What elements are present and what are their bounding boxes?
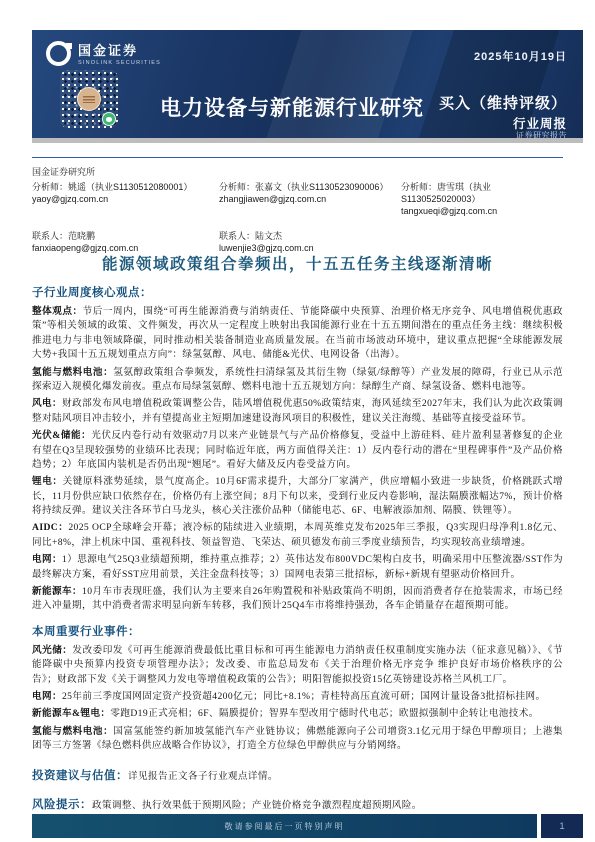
footer-disclaimer: 敬请参阅最后一页特别声明: [225, 821, 345, 832]
view-paragraph-text: 2025 OCP全球峰会开幕；液冷标的陆续进入业绩期，本周英维克发布2025年三…: [32, 522, 563, 547]
view-paragraph-label: 风电：: [32, 398, 62, 409]
qr-center-badge-icon: [77, 87, 101, 111]
rating-badge: 买入（维持评级）: [439, 92, 567, 113]
weekly-views-list: 整体观点：节后一周内，围绕“可再生能源消费与消纳责任、节能降碳中央预算、治理价格…: [32, 305, 563, 614]
brand-block: 国金证券 SINOLINK SECURITIES: [46, 40, 161, 66]
view-paragraph-text: 节后一周内，围绕“可再生能源消费与消纳责任、节能降碳中央预算、治理价格无序竞争、…: [32, 306, 563, 360]
brand-name-en: SINOLINK SECURITIES: [78, 60, 161, 66]
analyst-card: 联系人：范晓鹏 fanxiaopeng@gjzq.com.cn: [32, 230, 219, 254]
view-paragraph-label: 光伏&储能：: [32, 430, 91, 441]
event-paragraph-text: 发改委印发《可再生能源消费最低比重目标和可再生能源电力消纳责任权重制度实施办法（…: [32, 645, 563, 685]
risk-row: 风险提示：政策调整、执行效果低于预期风险；产业链价格竞争激烈程度超预期风险。: [32, 796, 563, 812]
view-paragraph: 氢能与燃料电池：氢氨醇政策组合拳频发，系统性扫清绿氢及其衍生物（绿氨/绿醇等）产…: [32, 366, 563, 395]
report-page: 国金证券 SINOLINK SECURITIES 电力设备与新能源行业研究 20…: [0, 0, 595, 842]
page-footer: 敬请参阅最后一页特别声明 1: [32, 814, 583, 838]
brand-name: 国金证券: [78, 40, 161, 59]
weekly-events-list: 风光储：发改委印发《可再生能源消费最低比重目标和可再生能源电力消纳责任权重制度实…: [32, 644, 563, 754]
analyst-name-line: 联系人：陆文杰: [219, 230, 401, 242]
view-paragraph-label: 氢能与燃料电池：: [32, 367, 113, 378]
section-heading-weekly-events: 本周重要行业事件：: [32, 623, 563, 639]
view-paragraph: 整体观点：节后一周内，围绕“可再生能源消费与消纳责任、节能降碳中央预算、治理价格…: [32, 305, 563, 363]
risk-text: 政策调整、执行效果低于预期风险；产业链价格竞争激烈程度超预期风险。: [92, 800, 422, 811]
event-paragraph: 风光储：发改委印发《可再生能源消费最低比重目标和可再生能源电力消纳责任权重制度实…: [32, 644, 563, 687]
view-paragraph-label: 锂电：: [32, 476, 63, 487]
analyst-email-link[interactable]: tangxueqi@gjzq.com.cn: [401, 205, 563, 217]
analyst-name-line: 分析师：张嘉文（执业S1130523090006）: [219, 181, 401, 193]
view-paragraph: 新能源车：10月车市表现旺盛，我们认为主要来自26年购置税和补贴政策尚不明朗，因…: [32, 585, 563, 614]
report-header-banner: 国金证券 SINOLINK SECURITIES 电力设备与新能源行业研究 20…: [32, 30, 583, 138]
report-date: 2025年10月19日: [474, 48, 567, 64]
view-paragraph: 锂电：关键原料涨势延续，景气度高企。10月6F需求提升，大部分厂家满产，供应增幅…: [32, 475, 563, 518]
view-paragraph-text: 光伏反内卷行动有效驱动7月以来产业链景气与产品价格修复，受益中上游硅料、硅片盈利…: [32, 430, 563, 470]
view-paragraph-label: AIDC：: [32, 522, 68, 533]
analyst-name-line: 分析师：唐雪琪（执业S1130525020003）: [401, 181, 563, 205]
analyst-email-link[interactable]: zhangjiawen@gjzq.com.cn: [219, 193, 401, 205]
analyst-card: 分析师：张嘉文（执业S1130523090006） zhangjiawen@gj…: [219, 181, 401, 217]
qr-code: [60, 70, 118, 128]
view-paragraph-text: 10月车市表现旺盛，我们认为主要来自26年购置税和补贴政策尚不明朗，因而消费者存…: [32, 586, 563, 611]
view-paragraph: 光伏&储能：光伏反内卷行动有效驱动7月以来产业链景气与产品价格修复，受益中上游硅…: [32, 429, 563, 472]
event-paragraph: 氢能与燃料电池：国富氢能签约新加坡氢能汽车产业链协议；佛燃能源向子公司增资3.1…: [32, 725, 563, 754]
view-paragraph-label: 电网：: [32, 554, 62, 565]
view-paragraph-label: 新能源车：: [32, 586, 82, 597]
analyst-card: 分析师：唐雪琪（执业S1130525020003） tangxueqi@gjzq…: [401, 181, 563, 217]
advice-text: 详见报告正文各子行业观点详情。: [128, 771, 278, 782]
advice-row: 投资建议与估值：详见报告正文各子行业观点详情。: [32, 767, 563, 783]
event-paragraph-label: 风光储：: [32, 645, 72, 656]
report-title: 电力设备与新能源行业研究: [132, 92, 452, 122]
wechat-icon: [102, 112, 116, 126]
event-paragraph: 电网：25年前三季度国网固定资产投资超4200亿元；同比+8.1%；青桂特高压直…: [32, 690, 563, 704]
analyst-card: 分析师：姚遥（执业S1130512080001） yaoy@gjzq.com.c…: [32, 181, 219, 217]
analyst-email-link[interactable]: yaoy@gjzq.com.cn: [32, 193, 219, 205]
event-paragraph-label: 电网：: [32, 691, 62, 702]
footer-disclaimer-bar: 敬请参阅最后一页特别声明: [32, 814, 537, 838]
event-paragraph-label: 新能源车&锂电：: [32, 708, 110, 719]
view-paragraph: AIDC：2025 OCP全球峰会开幕；液冷标的陆续进入业绩期，本周英维克发布2…: [32, 521, 563, 550]
banner-shadow-strip: [32, 138, 583, 143]
page-title: 能源领域政策组合拳频出，十五五任务主线逐渐清晰: [32, 252, 563, 274]
analyst-grid: 分析师：姚遥（执业S1130512080001） yaoy@gjzq.com.c…: [32, 181, 563, 254]
section-heading-risk: 风险提示：: [32, 799, 92, 811]
view-paragraph: 电网：1）思源电气25Q3业绩超预期，维持重点推荐；2）英伟达发布800VDC架…: [32, 553, 563, 582]
header-divider: [32, 157, 563, 158]
event-paragraph: 新能源车&锂电：零跑D19正式亮相；6F、隔膜提价；智界车型改用宁德时代电芯；欧…: [32, 707, 563, 721]
view-paragraph-text: 关键原料涨势延续，景气度高企。10月6F需求提升，大部分厂家满产，供应增幅小致进…: [32, 476, 563, 516]
analyst-name-line: 分析师：姚遥（执业S1130512080001）: [32, 181, 219, 193]
view-paragraph-text: 1）思源电气25Q3业绩超预期，维持重点推荐；2）英伟达发布800VDC架构白皮…: [32, 554, 563, 579]
analyst-card: 联系人：陆文杰 luwenjie3@gjzq.com.cn: [219, 230, 401, 254]
analyst-name-line: 联系人：范晓鹏: [32, 230, 219, 242]
sinolink-logo-icon: [46, 41, 71, 66]
research-org: 国金证券研究所: [32, 166, 563, 178]
page-number: 1: [541, 814, 583, 838]
view-paragraph-label: 整体观点：: [32, 306, 83, 317]
view-paragraph: 风电：财政部发布风电增值税政策调整公告，陆风增值税优惠50%政策结束，海风延续至…: [32, 397, 563, 426]
report-tag-label: 证券研究报告: [516, 130, 567, 138]
analyst-block: 国金证券研究所 分析师：姚遥（执业S1130512080001） yaoy@gj…: [32, 166, 563, 254]
event-paragraph-text: 零跑D19正式亮相；6F、隔膜提价；智界车型改用宁德时代电芯；欧盟拟强制中企转让…: [110, 708, 538, 719]
event-paragraph-text: 25年前三季度国网固定资产投资超4200亿元；同比+8.1%；青桂特高压直流可研…: [62, 691, 546, 702]
section-heading-weekly-views: 子行业周度核心观点：: [32, 284, 563, 300]
section-heading-advice: 投资建议与估值：: [32, 770, 128, 782]
report-body: 能源领域政策组合拳频出，十五五任务主线逐渐清晰 子行业周度核心观点： 整体观点：…: [32, 252, 563, 812]
event-paragraph-label: 氢能与燃料电池：: [32, 726, 113, 737]
view-paragraph-text: 财政部发布风电增值税政策调整公告，陆风增值税优惠50%政策结束，海风延续至202…: [32, 398, 563, 423]
